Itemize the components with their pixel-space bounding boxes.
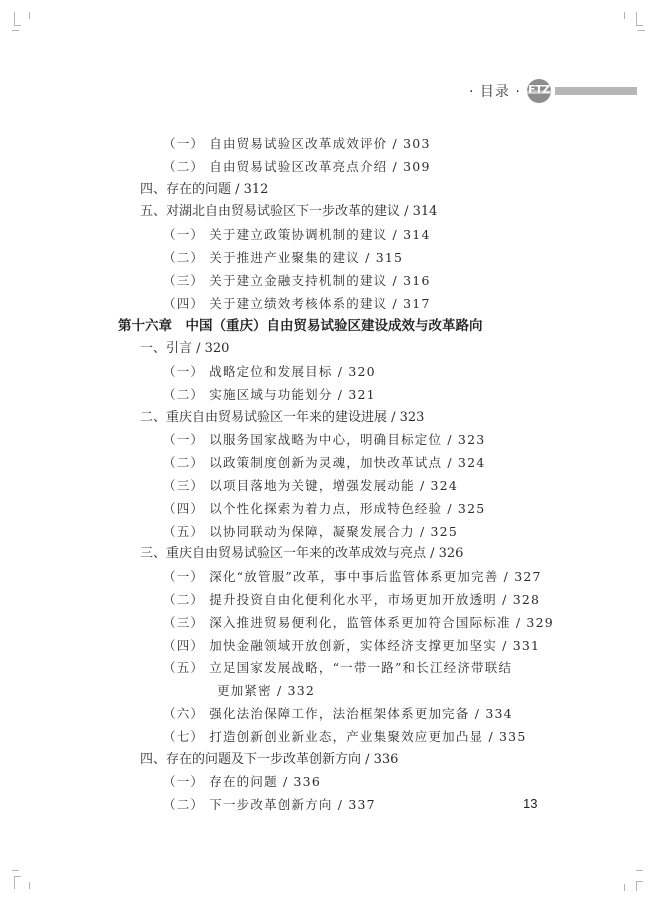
crop-mark-bottom-left-h bbox=[14, 876, 21, 877]
crop-mark-bottom-left-h2 bbox=[12, 870, 19, 871]
toc-entry[interactable]: （四） 以个性化探索为着力点，形成特色经验 / 325 bbox=[163, 498, 485, 520]
toc-entry[interactable]: （二） 下一步改革创新方向 / 337 bbox=[163, 794, 376, 816]
ftz-logo-text: FTZ bbox=[527, 83, 551, 96]
toc-entry[interactable]: （三） 深入推进贸易便利化，监管体系更加符合国际标准 / 329 bbox=[163, 612, 554, 634]
toc-entry[interactable]: （二） 以政策制度创新为灵魂，加快改革试点 / 324 bbox=[163, 452, 485, 474]
toc-entry[interactable]: 一、引言 / 320 bbox=[140, 338, 229, 360]
crop-mark-top-left-h2 bbox=[12, 30, 19, 31]
toc-entry[interactable]: （五） 以协同联动为保障，凝聚发展合力 / 325 bbox=[163, 521, 458, 543]
toc-chapter-heading[interactable]: 第十六章 中国（重庆）自由贸易试验区建设成效与改革路向 bbox=[118, 315, 483, 337]
toc-entry[interactable]: （七） 打造创新创业新业态，产业集聚效应更加凸显 / 335 bbox=[163, 726, 527, 748]
toc-entry[interactable]: （四） 关于建立绩效考核体系的建议 / 317 bbox=[163, 293, 431, 315]
crop-mark-top-left-h bbox=[14, 25, 21, 26]
toc-entry[interactable]: （二） 实施区域与功能划分 / 321 bbox=[163, 384, 376, 406]
toc-entry[interactable]: （三） 关于建立金融支持机制的建议 / 316 bbox=[163, 270, 431, 292]
crop-mark-top-right-v1 bbox=[624, 12, 625, 19]
page-number: 13 bbox=[523, 796, 537, 811]
header-title: · 目录 · bbox=[469, 81, 521, 101]
toc-entry[interactable]: （一） 以服务国家战略为中心，明确目标定位 / 323 bbox=[163, 429, 485, 451]
crop-mark-bottom-right-h bbox=[636, 881, 643, 882]
crop-mark-bottom-left-v1 bbox=[14, 876, 15, 889]
toc-entry[interactable]: （三） 以项目落地为关键，增强发展动能 / 324 bbox=[163, 475, 458, 497]
toc-entry[interactable]: （一） 存在的问题 / 336 bbox=[163, 771, 321, 793]
crop-mark-top-left-v1 bbox=[14, 12, 15, 25]
crop-mark-bottom-right-v1 bbox=[624, 884, 625, 891]
toc-entry[interactable]: 四、存在的问题及下一步改革创新方向 / 336 bbox=[140, 749, 398, 771]
toc-entry[interactable]: 四、存在的问题 / 312 bbox=[140, 179, 268, 201]
crop-mark-bottom-left-v2 bbox=[29, 882, 30, 889]
toc-entry[interactable]: （一） 自由贸易试验区改革成效评价 / 303 bbox=[163, 133, 431, 155]
crop-mark-bottom-right-v2 bbox=[636, 881, 637, 891]
running-header: · 目录 · FTZ bbox=[469, 80, 637, 102]
toc-entry[interactable]: （六） 强化法治保障工作，法治框架体系更加完备 / 334 bbox=[163, 703, 513, 725]
crop-mark-top-right-h bbox=[636, 25, 643, 26]
toc-entry[interactable]: （一） 深化“放管服”改革，事中事后监管体系更加完善 / 327 bbox=[163, 566, 542, 588]
ftz-logo-icon: FTZ bbox=[527, 79, 551, 103]
toc-entry[interactable]: （二） 关于推进产业聚集的建议 / 315 bbox=[163, 247, 403, 269]
toc-entry[interactable]: （二） 自由贸易试验区改革亮点介绍 / 309 bbox=[163, 156, 431, 178]
toc-entry[interactable]: （五） 立足国家发展战略，“一带一路”和长江经济带联结 bbox=[163, 657, 512, 679]
toc-entry[interactable]: （一） 战略定位和发展目标 / 320 bbox=[163, 361, 376, 383]
toc-entry[interactable]: （二） 提升投资自由化便利化水平，市场更加开放透明 / 328 bbox=[163, 589, 540, 611]
toc-entry[interactable]: 五、对湖北自由贸易试验区下一步改革的建议 / 314 bbox=[140, 201, 437, 223]
toc-entry[interactable]: （四） 加快金融领域开放创新，实体经济支撑更加坚实 / 331 bbox=[163, 635, 540, 657]
toc-entry[interactable]: （一） 关于建立政策协调机制的建议 / 314 bbox=[163, 224, 431, 246]
toc-entry-continuation[interactable]: 更加紧密 / 332 bbox=[217, 680, 315, 702]
crop-mark-top-left-v2 bbox=[29, 12, 30, 19]
crop-mark-bottom-right-h2 bbox=[636, 870, 643, 871]
header-decorative-bar bbox=[555, 87, 637, 95]
toc-entry[interactable]: 三、重庆自由贸易试验区一年来的改革成效与亮点 / 326 bbox=[140, 543, 463, 565]
crop-mark-top-right-h2 bbox=[638, 30, 645, 31]
toc-entry[interactable]: 二、重庆自由贸易试验区一年来的建设进展 / 323 bbox=[140, 407, 424, 429]
crop-mark-top-right-v2 bbox=[636, 12, 637, 25]
